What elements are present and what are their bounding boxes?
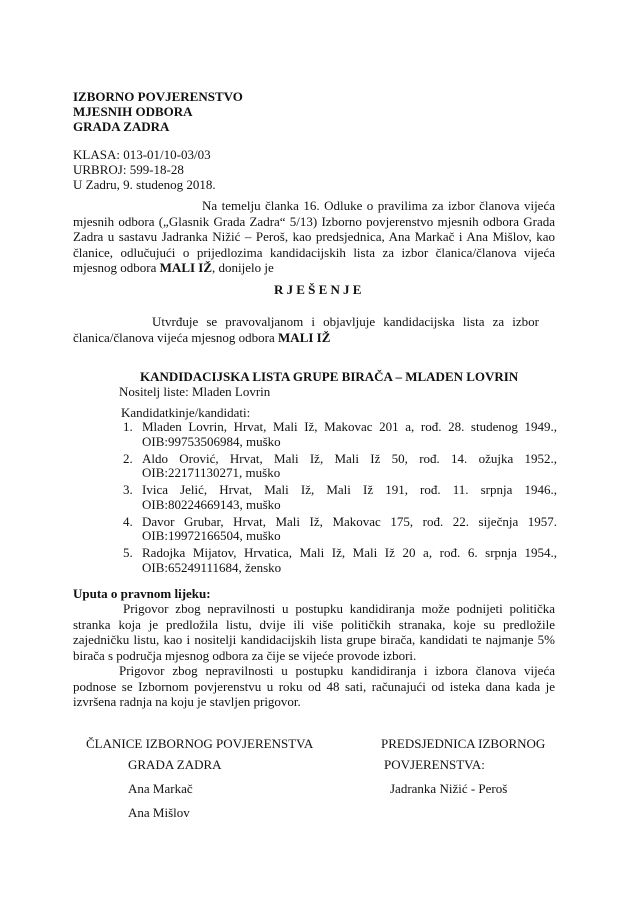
president-title-line-2: POVJERENSTVA: — [384, 757, 485, 772]
members-title-line-2: GRADA ZADRA — [128, 757, 222, 772]
klasa: KLASA: 013-01/10-03/03 — [73, 147, 211, 162]
candidate-item: 4.Davor Grubar, Hrvat, Mali Iž, Makovac … — [123, 515, 557, 544]
org-name-line-3: GRADA ZADRA — [73, 119, 169, 134]
candidate-item: 5.Radojka Mijatov, Hrvatica, Mali Iž, Ma… — [123, 546, 557, 575]
member-name: Ana Markač — [128, 781, 193, 796]
decision-text: Utvrđuje se pravovaljanom i objavljuje k… — [73, 314, 539, 345]
urbroj: URBROJ: 599-18-28 — [73, 162, 184, 177]
preamble: Na temelju članka 16. Odluke o pravilima… — [73, 198, 555, 276]
org-name-line-2: MJESNIH ODBORA — [73, 104, 193, 119]
members-title-line-1: ČLANICE IZBORNOG POVJERENSTVA — [86, 736, 313, 751]
president-title-line-1: PREDSJEDNICA IZBORNOG — [381, 736, 545, 751]
list-holder: Nositelj liste: Mladen Lovrin — [119, 384, 270, 399]
member-name: Ana Mišlov — [128, 805, 190, 820]
president-name: Jadranka Nižić - Peroš — [390, 781, 507, 796]
preamble-text: Na temelju članka 16. Odluke o pravilima… — [73, 198, 555, 275]
legal-remedy-paragraph-1: Prigovor zbog nepravilnosti u postupku k… — [73, 601, 555, 663]
decision-title: RJEŠENJE — [274, 282, 365, 297]
candidate-list: 1.Mladen Lovrin, Hrvat, Mali Iž, Makovac… — [123, 420, 557, 578]
legal-remedy-title: Uputa o pravnom lijeku: — [73, 586, 211, 601]
preamble-tail: , donijelo je — [212, 260, 274, 275]
list-title: KANDIDACIJSKA LISTA GRUPE BIRAČA – MLADE… — [140, 369, 518, 384]
candidate-item: 1.Mladen Lovrin, Hrvat, Mali Iž, Makovac… — [123, 420, 557, 449]
legal-remedy-paragraph-2: Prigovor zbog nepravilnosti u postupku k… — [73, 663, 555, 710]
org-name-line-1: IZBORNO POVJERENSTVO — [73, 89, 243, 104]
place-date: U Zadru, 9. studenog 2018. — [73, 177, 216, 192]
candidate-item: 2.Aldo Orović, Hrvat, Mali Iž, Mali Iž 5… — [123, 452, 557, 481]
decision-odbor-name: MALI IŽ — [278, 330, 330, 345]
candidates-label: Kandidatkinje/kandidati: — [121, 405, 250, 420]
candidate-item: 3.Ivica Jelić, Hrvat, Mali Iž, Mali Iž 1… — [123, 483, 557, 512]
preamble-odbor-name: MALI IŽ — [160, 260, 212, 275]
